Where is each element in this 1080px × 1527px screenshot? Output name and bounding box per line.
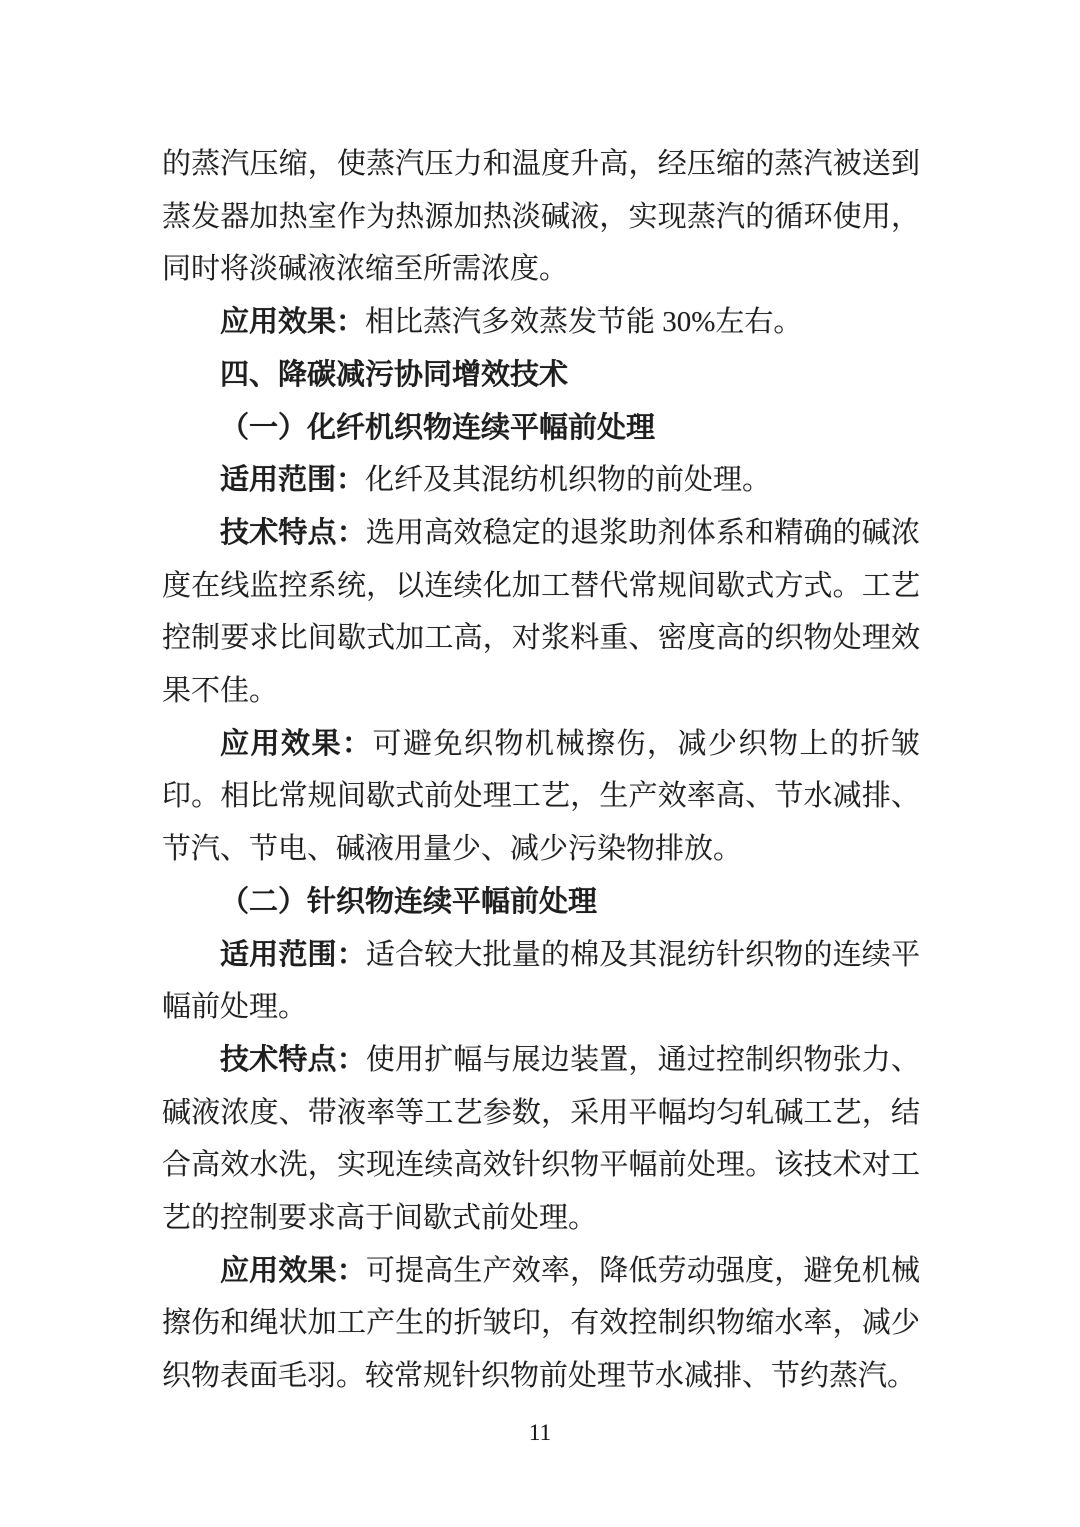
paragraph: 的蒸汽压缩，使蒸汽压力和温度升高，经压缩的蒸汽被送到蒸发器加热室作为热源加热淡碱…: [162, 138, 920, 296]
paragraph: 应用效果：可避免织物机械擦伤，减少织物上的折皱印。相比常规间歇式前处理工艺，生产…: [162, 718, 920, 876]
paragraph-label: 应用效果：: [220, 728, 373, 760]
document-content: 的蒸汽压缩，使蒸汽压力和温度升高，经压缩的蒸汽被送到蒸发器加热室作为热源加热淡碱…: [162, 138, 920, 1403]
section-heading-2: （二）针织物连续平幅前处理: [162, 876, 920, 929]
paragraph: 适用范围：化纤及其混纺机织物的前处理。: [162, 454, 920, 507]
paragraph-label: 技术特点：: [220, 517, 366, 549]
paragraph: 技术特点：选用高效稳定的退浆助剂体系和精确的碱浓度在线监控系统，以连续化加工替代…: [162, 507, 920, 718]
paragraph-label: 技术特点：: [220, 1044, 366, 1076]
paragraph-label: 适用范围：: [220, 939, 366, 971]
paragraph-text: 相比蒸汽多效蒸发节能 30%左右。: [365, 306, 802, 338]
paragraph: 适用范围：适合较大批量的棉及其混纺针织物的连续平幅前处理。: [162, 929, 920, 1034]
paragraph: 应用效果：相比蒸汽多效蒸发节能 30%左右。: [162, 296, 920, 349]
section-heading-2: （一）化纤机织物连续平幅前处理: [162, 402, 920, 455]
paragraph: 应用效果：可提高生产效率，降低劳动强度，避免机械擦伤和绳状加工产生的折皱印，有效…: [162, 1245, 920, 1403]
paragraph-text: 的蒸汽压缩，使蒸汽压力和温度升高，经压缩的蒸汽被送到蒸发器加热室作为热源加热淡碱…: [162, 148, 920, 285]
paragraph-text: 化纤及其混纺机织物的前处理。: [365, 464, 771, 496]
document-page: 的蒸汽压缩，使蒸汽压力和温度升高，经压缩的蒸汽被送到蒸发器加热室作为热源加热淡碱…: [0, 0, 1080, 1527]
paragraph-label: 适用范围：: [220, 464, 365, 496]
page-number: 11: [0, 1418, 1080, 1448]
section-heading-1: 四、降碳减污协同增效技术: [162, 349, 920, 402]
paragraph: 技术特点：使用扩幅与展边装置，通过控制织物张力、碱液浓度、带液率等工艺参数，采用…: [162, 1034, 920, 1245]
paragraph-label: 应用效果：: [220, 306, 365, 338]
paragraph-label: 应用效果：: [220, 1255, 366, 1287]
